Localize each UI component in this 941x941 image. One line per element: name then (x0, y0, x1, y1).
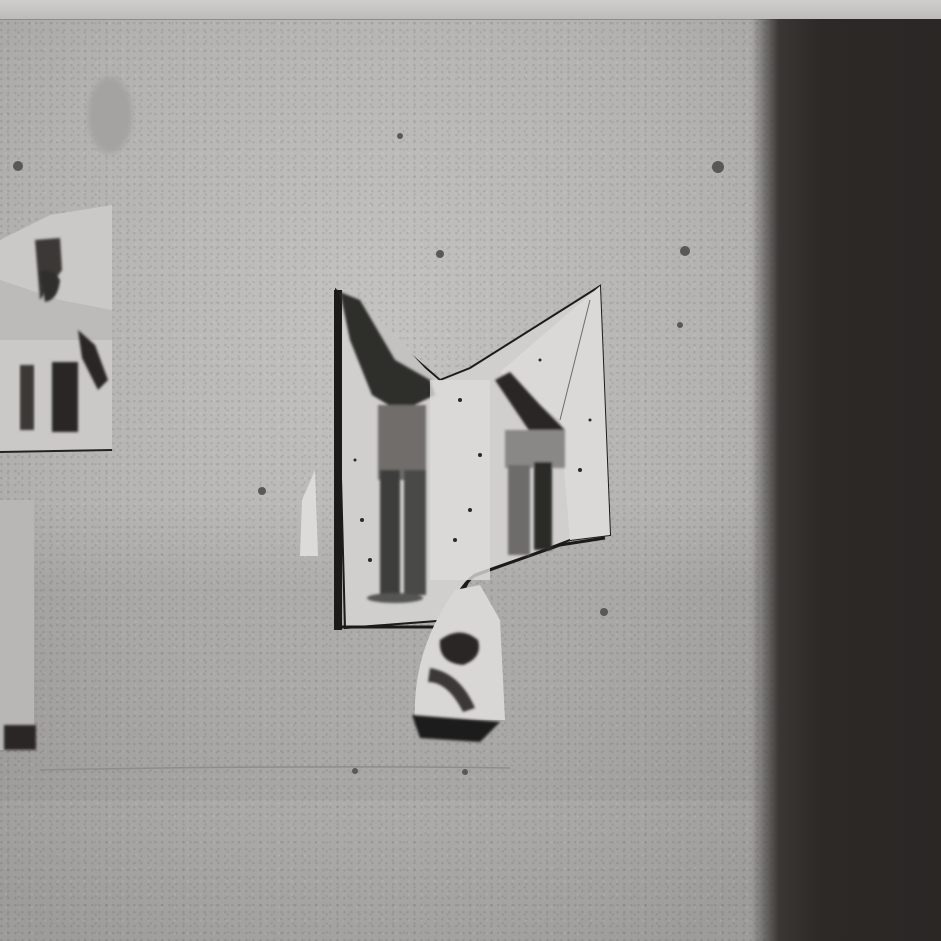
central-torn-print (334, 286, 610, 630)
left-partial-print (0, 205, 112, 452)
photograph (0, 0, 941, 941)
wall-crack (40, 767, 510, 770)
paper-scrap (300, 470, 318, 556)
left-dark-mark (4, 725, 36, 750)
left-edge-strip (0, 500, 34, 750)
wall-smudge (88, 77, 132, 153)
wall-artwork (0, 0, 941, 941)
